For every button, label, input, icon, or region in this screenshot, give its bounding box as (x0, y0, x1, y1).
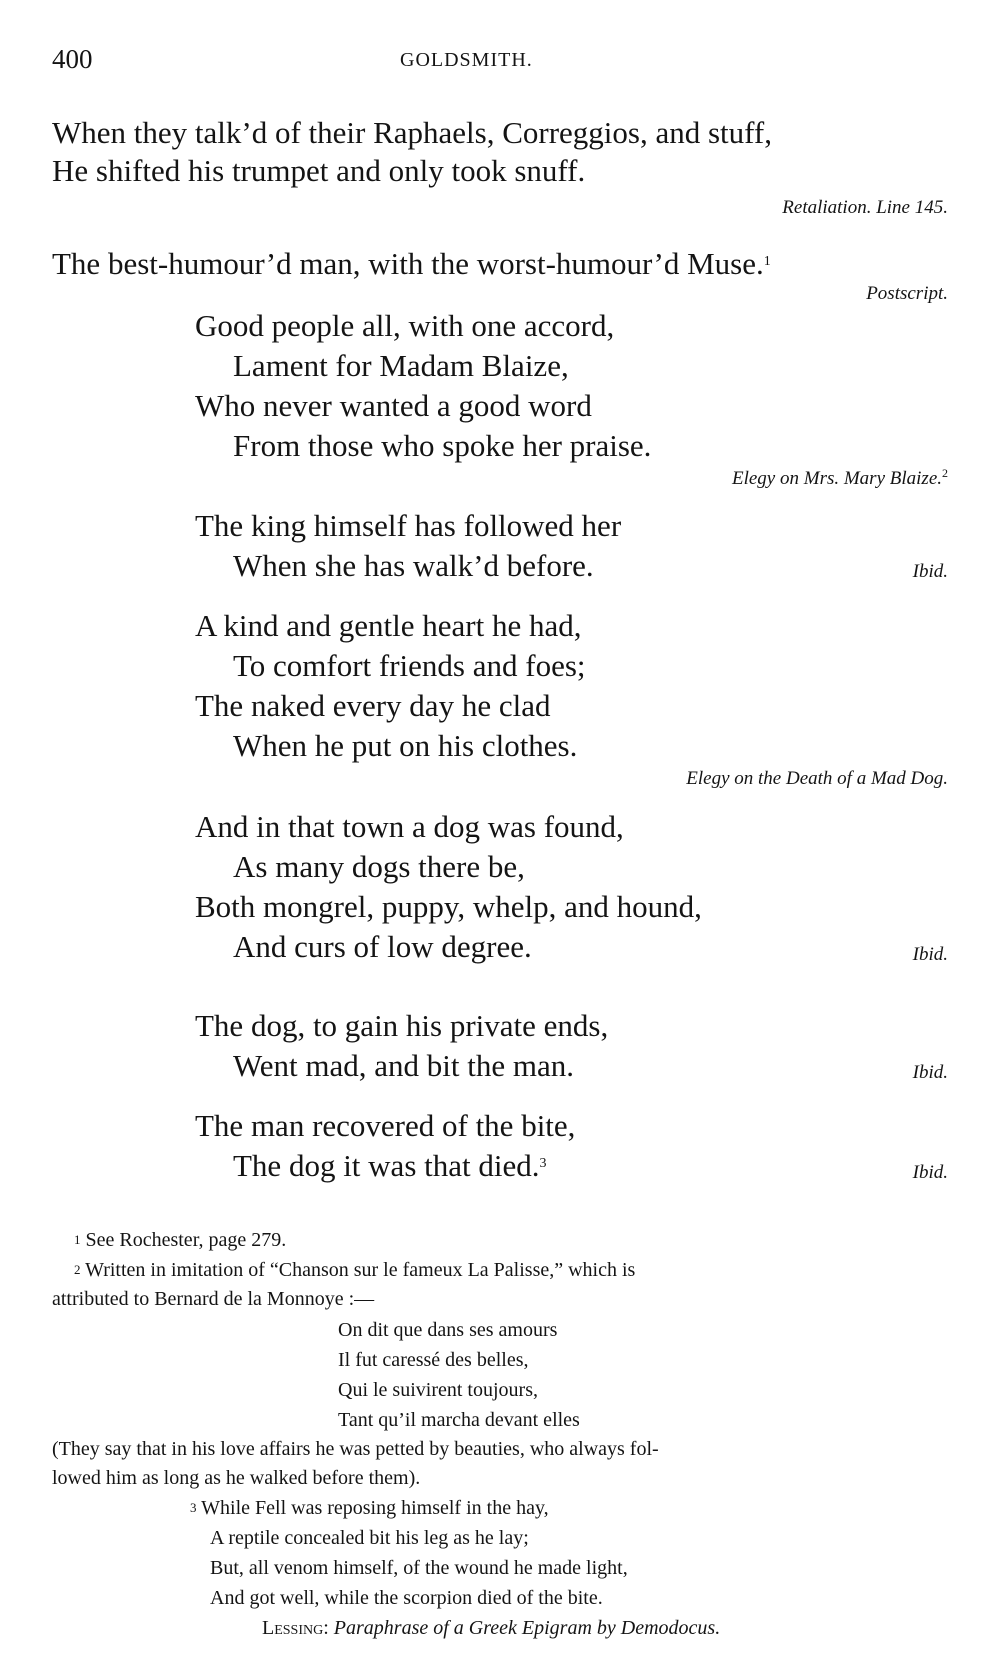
footnote-2: 2 Written in imitation of “Chanson sur l… (74, 1256, 635, 1285)
footnote-text: See Rochester, page 279. (86, 1229, 287, 1251)
quote-line: The best-humour’d man, with the worst-hu… (52, 245, 771, 283)
attribution-work: Paraphrase of a Greek Epigram by Demodoc… (334, 1617, 720, 1639)
verse-line: Went mad, and bit the man. (233, 1047, 574, 1085)
footnote-verse-line: Il fut caressé des belles, (338, 1346, 528, 1375)
citation: Ibid. (913, 944, 948, 966)
footnote-verse-line: A reptile concealed bit his leg as he la… (210, 1524, 529, 1553)
verse-line: The dog it was that died.3 (233, 1147, 547, 1185)
citation: Postscript. (866, 283, 948, 305)
verse-line: As many dogs there be, (233, 848, 525, 886)
footnote-verse-line: Qui le suivirent toujours, (338, 1376, 538, 1405)
footnote-verse-line: And got well, while the scorpion died of… (210, 1584, 603, 1613)
footnote-verse-line: Tant qu’il marcha devant elles (338, 1406, 580, 1435)
verse-line: Both mongrel, puppy, whelp, and hound, (195, 888, 702, 926)
book-page: 400 GOLDSMITH. When they talk’d of their… (0, 0, 1000, 1677)
page-number: 400 (52, 44, 93, 75)
footnote-verse-line: While Fell was reposing himself in the h… (201, 1497, 549, 1519)
verse-line: The dog, to gain his private ends, (195, 1007, 608, 1045)
footnote-mark: 3 (190, 1500, 197, 1515)
verse-line: And in that town a dog was found, (195, 808, 624, 846)
citation: Elegy on the Death of a Mad Dog. (686, 768, 948, 790)
citation: Ibid. (913, 1062, 948, 1084)
verse-line: Who never wanted a good word (195, 387, 592, 425)
citation: Elegy on Mrs. Mary Blaize.2 (732, 468, 948, 490)
footnote-translation: (They say that in his love affairs he wa… (52, 1435, 659, 1464)
citation: Retaliation. Line 145. (782, 197, 948, 219)
citation: Ibid. (913, 1162, 948, 1184)
verse-line: When she has walk’d before. (233, 547, 594, 585)
verse-line: When he put on his clothes. (233, 727, 577, 765)
verse-text: The dog it was that died. (233, 1148, 540, 1183)
footnote-mark: 2 (74, 1262, 81, 1277)
footnote-attribution: Lessing: Paraphrase of a Greek Epigram b… (262, 1614, 720, 1643)
footnote-verse-line: But, all venom himself, of the wound he … (210, 1554, 628, 1583)
footnote-translation: lowed him as long as he walked before th… (52, 1464, 420, 1493)
verse-line: The king himself has followed her (195, 507, 621, 545)
verse-line: Lament for Madam Blaize, (233, 347, 569, 385)
attribution-author: Lessing: (262, 1617, 329, 1639)
verse-line: The naked every day he clad (195, 687, 550, 725)
footnote-text: Written in imitation of “Chanson sur le … (85, 1259, 635, 1281)
verse-line: Good people all, with one accord, (195, 307, 614, 345)
verse-line: From those who spoke her praise. (233, 427, 651, 465)
verse-line: A kind and gentle heart he had, (195, 607, 582, 645)
footnote-mark: 1 (74, 1232, 81, 1247)
footnote-verse-line: On dit que dans ses amours (338, 1316, 557, 1345)
quote-line: He shifted his trumpet and only took snu… (52, 152, 585, 190)
verse-line: To comfort friends and foes; (233, 647, 586, 685)
footnote-3: 3 While Fell was reposing himself in the… (190, 1494, 549, 1523)
footnote-1: 1 See Rochester, page 279. (74, 1226, 286, 1255)
footnote-ref: 1 (764, 254, 771, 269)
footnote-ref: 3 (540, 1156, 547, 1171)
quote-line: When they talk’d of their Raphaels, Corr… (52, 114, 772, 152)
citation-text: Elegy on Mrs. Mary Blaize. (732, 468, 942, 489)
running-title: GOLDSMITH. (400, 49, 533, 72)
footnote-ref: 2 (942, 466, 948, 480)
footnote-text: attributed to Bernard de la Monnoye :— (52, 1285, 374, 1314)
citation: Ibid. (913, 561, 948, 583)
verse-line: And curs of low degree. (233, 928, 532, 966)
quote-text: The best-humour’d man, with the worst-hu… (52, 246, 764, 281)
verse-line: The man recovered of the bite, (195, 1107, 575, 1145)
